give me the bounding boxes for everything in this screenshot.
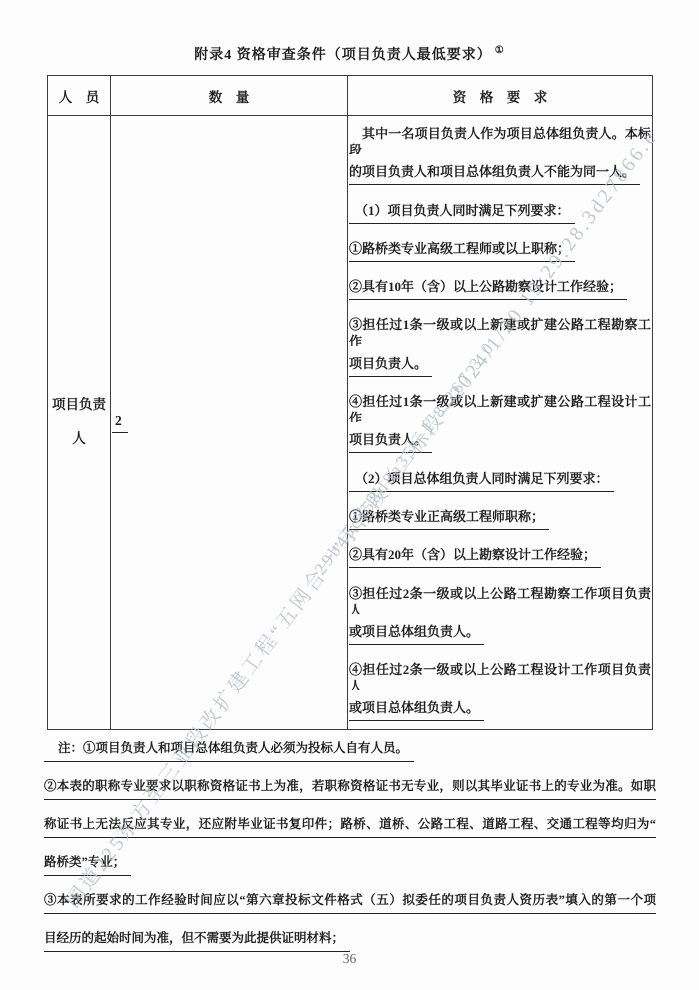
personnel-cell: 项目负责 人 <box>48 116 111 730</box>
col-header-personnel: 人 员 <box>48 76 111 116</box>
qualification-line: ④担任过1条一级或以上新建或扩建公路工程设计工作 <box>348 384 652 422</box>
page-title: 附录4 资格审查条件（项目负责人最低要求）① <box>0 44 699 64</box>
qualification-line: （1）项目负责人同时满足下列要求： <box>348 193 652 231</box>
qualification-table: 人 员 数 量 资 格 要 求 项目负责 人 2 其中一名项目负责人作为项目总体… <box>47 75 653 730</box>
requirements-cell: 其中一名项目负责人作为项目总体组负责人。本标段 的项目负责人和项目总体组负责人不… <box>348 116 653 730</box>
col-header-requirements: 资 格 要 求 <box>348 76 653 116</box>
qualification-line: ④担任过2条一级或以上公路工程设计工作项目负责人 <box>348 652 652 690</box>
quantity-value: 2 <box>112 413 128 433</box>
quantity-cell: 2 <box>111 116 348 730</box>
qualification-line: （2）项目总体组负责人同时满足下列要求： <box>348 461 652 499</box>
qualification-line: ②具有20年（含）以上勘察设计工作经验； <box>348 537 652 575</box>
qualification-line: 或项目总体组负责人。 <box>348 614 652 652</box>
qualification-line: 或项目总体组负责人。 <box>348 690 652 728</box>
page-title-text: 附录4 资格审查条件（项目负责人最低要求） <box>194 48 492 63</box>
title-footnote-marker: ① <box>495 45 505 56</box>
table-header-row: 人 员 数 量 资 格 要 求 <box>48 76 653 116</box>
qualification-line: 项目负责人。 <box>348 422 652 460</box>
qualification-line: ①路桥类专业正高级工程师职称； <box>348 499 652 537</box>
qualification-line: 项目负责人。 <box>348 346 652 384</box>
qualification-line: ②具有10年（含）以上公路勘察设计工作经验； <box>348 269 652 307</box>
page-number: 36 <box>0 951 699 967</box>
qualification-line: 其中一名项目负责人作为项目总体组负责人。本标段 <box>348 116 652 154</box>
note-line: 称证书上无法反应其专业，还应附毕业证书复印件；路桥、道桥、公路工程、道路工程、交… <box>44 816 656 854</box>
col-header-quantity: 数 量 <box>111 76 348 116</box>
note-line: ③本表所要求的工作经验时间应以“第六章投标文件格式（五）拟委任的项目负责人资历表… <box>44 892 656 930</box>
personnel-label-line1: 项目负责 <box>48 388 110 422</box>
note-line: 注：①项目负责人和项目总体组负责人必须为投标人自有人员。 <box>44 740 656 778</box>
qualification-line: ③担任过1条一级或以上新建或扩建公路工程勘察工作 <box>348 307 652 345</box>
note-line: ②本表的职称专业要求以职称资格证书上为准，若职称资格证书无专业，则以其毕业证书上… <box>44 778 656 816</box>
qualification-line: ①路桥类专业高级工程师或以上职称； <box>348 231 652 269</box>
document-page: 国道225东方至三亚段改扩建工程“五网合一”示范段（二标段—2024/1/20 … <box>0 0 699 990</box>
qualification-line: ③担任过2条一级或以上公路工程勘察工作项目负责人 <box>348 576 652 614</box>
table-row: 项目负责 人 2 其中一名项目负责人作为项目总体组负责人。本标段 的项目负责人和… <box>48 116 653 730</box>
qualification-line: 的项目负责人和项目总体组负责人不能为同一人。 <box>348 154 652 192</box>
note-line: 路桥类”专业； <box>44 854 656 892</box>
personnel-label-line2: 人 <box>48 422 110 456</box>
